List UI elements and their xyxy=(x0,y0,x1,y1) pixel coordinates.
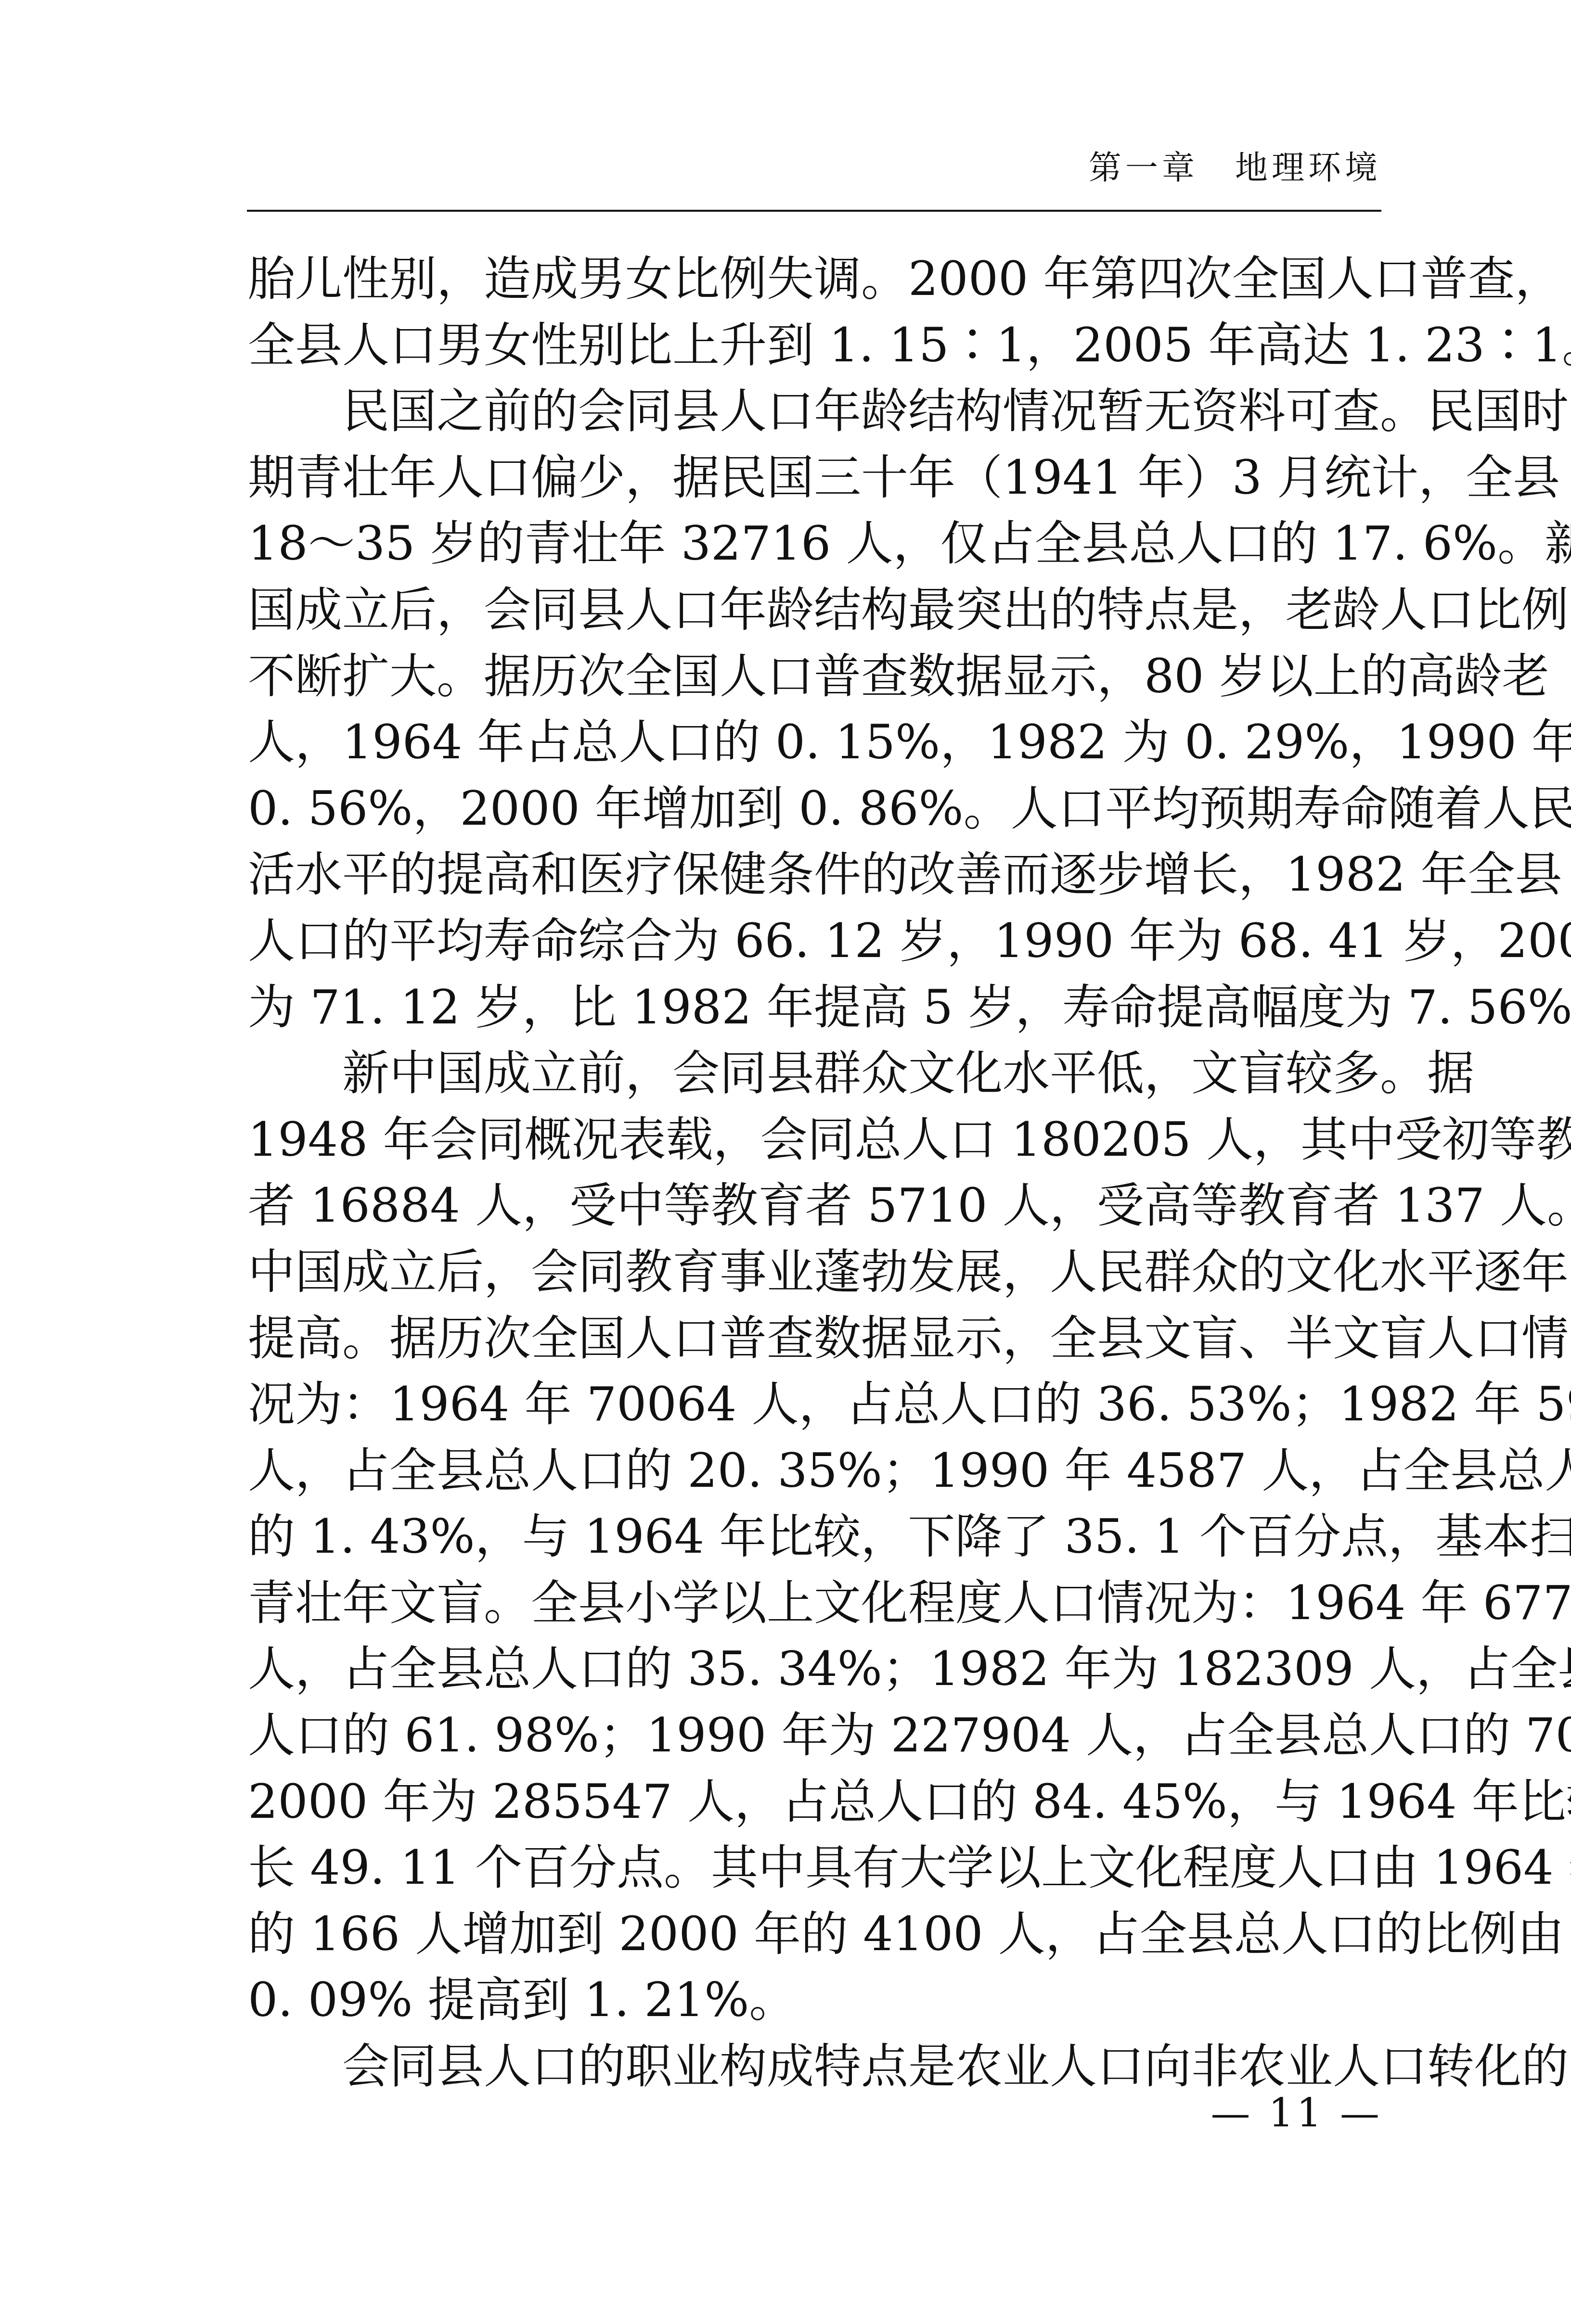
paragraph: 会同县人口的职业构成特点是农业人口向非农业人口转化的 xyxy=(248,2034,1381,2100)
chapter-title: 第一章 地理环境 xyxy=(1089,152,1381,185)
text-line: 国成立后，会同县人口年龄结构最突出的特点是，老龄人口比例 xyxy=(248,577,1381,644)
text-line: 者 16884 人，受中等教育者 5710 人，受高等教育者 137 人。新 xyxy=(248,1173,1381,1239)
text-line: 长 49. 11 个百分点。其中具有大学以上文化程度人口由 1964 年 xyxy=(248,1835,1381,1902)
text-line: 民国之前的会同县人口年龄结构情况暂无资料可查。民国时 xyxy=(248,379,1381,445)
paragraph: 胎儿性别，造成男女比例失调。2000 年第四次全国人口普查， 全县人口男女性别比… xyxy=(248,246,1381,379)
text-line: 人口的平均寿命综合为 66. 12 岁，1990 年为 68. 41 岁，200… xyxy=(248,908,1381,975)
text-line: 人，占全县总人口的 20. 35%；1990 年 4587 人，占全县总人口 xyxy=(248,1438,1381,1505)
text-line: 不断扩大。据历次全国人口普查数据显示，80 岁以上的高龄老 xyxy=(248,644,1381,710)
text-line: 人，占全县总人口的 35. 34%；1982 年为 182309 人，占全县总 xyxy=(248,1636,1381,1703)
text-line: 0. 09% 提高到 1. 21%。 xyxy=(248,1967,1381,2034)
text-line: 会同县人口的职业构成特点是农业人口向非农业人口转化的 xyxy=(248,2034,1381,2100)
text-line: 活水平的提高和医疗保健条件的改善而逐步增长，1982 年全县 xyxy=(248,842,1381,908)
text-line: 2000 年为 285547 人，占总人口的 84. 45%，与 1964 年比… xyxy=(248,1769,1381,1836)
text-line: 胎儿性别，造成男女比例失调。2000 年第四次全国人口普查， xyxy=(248,246,1381,313)
text-line: 中国成立后，会同教育事业蓬勃发展，人民群众的文化水平逐年 xyxy=(248,1239,1381,1306)
body-text: 胎儿性别，造成男女比例失调。2000 年第四次全国人口普查， 全县人口男女性别比… xyxy=(248,246,1381,2100)
text-line: 人，1964 年占总人口的 0. 15%，1982 为 0. 29%，1990 … xyxy=(248,710,1381,776)
text-line: 况为：1964 年 70064 人，占总人口的 36. 53%；1982 年 5… xyxy=(248,1372,1381,1438)
text-line: 18～35 岁的青壮年 32716 人，仅占全县总人口的 17. 6%。新中 xyxy=(248,511,1381,577)
text-line: 新中国成立前，会同县群众文化水平低，文盲较多。据 xyxy=(248,1041,1381,1107)
text-line: 提高。据历次全国人口普查数据显示，全县文盲、半文盲人口情 xyxy=(248,1306,1381,1372)
paragraph: 新中国成立前，会同县群众文化水平低，文盲较多。据 1948 年会同概况表载，会同… xyxy=(248,1041,1381,2034)
text-line: 1948 年会同概况表载，会同总人口 180205 人，其中受初等教育 xyxy=(248,1107,1381,1174)
text-line: 全县人口男女性别比上升到 1. 15∶1，2005 年高达 1. 23∶1。 xyxy=(248,313,1381,379)
running-head: 第一章 地理环境 xyxy=(247,144,1381,212)
text-line: 的 1. 43%，与 1964 年比较，下降了 35. 1 个百分点，基本扫除了 xyxy=(248,1504,1381,1571)
text-line: 为 71. 12 岁，比 1982 年提高 5 岁，寿命提高幅度为 7. 56%… xyxy=(248,975,1381,1041)
text-line: 人口的 61. 98%；1990 年为 227904 人，占全县总人口的 70.… xyxy=(248,1703,1381,1769)
paragraph: 民国之前的会同县人口年龄结构情况暂无资料可查。民国时 期青壮年人口偏少，据民国三… xyxy=(248,379,1381,1041)
text-line: 青壮年文盲。全县小学以上文化程度人口情况为：1964 年 67790 xyxy=(248,1571,1381,1637)
page-number: — 11 — xyxy=(1211,2094,1382,2133)
text-line: 0. 56%，2000 年增加到 0. 86%。人口平均预期寿命随着人民生 xyxy=(248,776,1381,843)
text-line: 期青壮年人口偏少，据民国三十年（1941 年）3 月统计，全县 xyxy=(248,445,1381,511)
text-line: 的 166 人增加到 2000 年的 4100 人，占全县总人口的比例由 xyxy=(248,1902,1381,1968)
